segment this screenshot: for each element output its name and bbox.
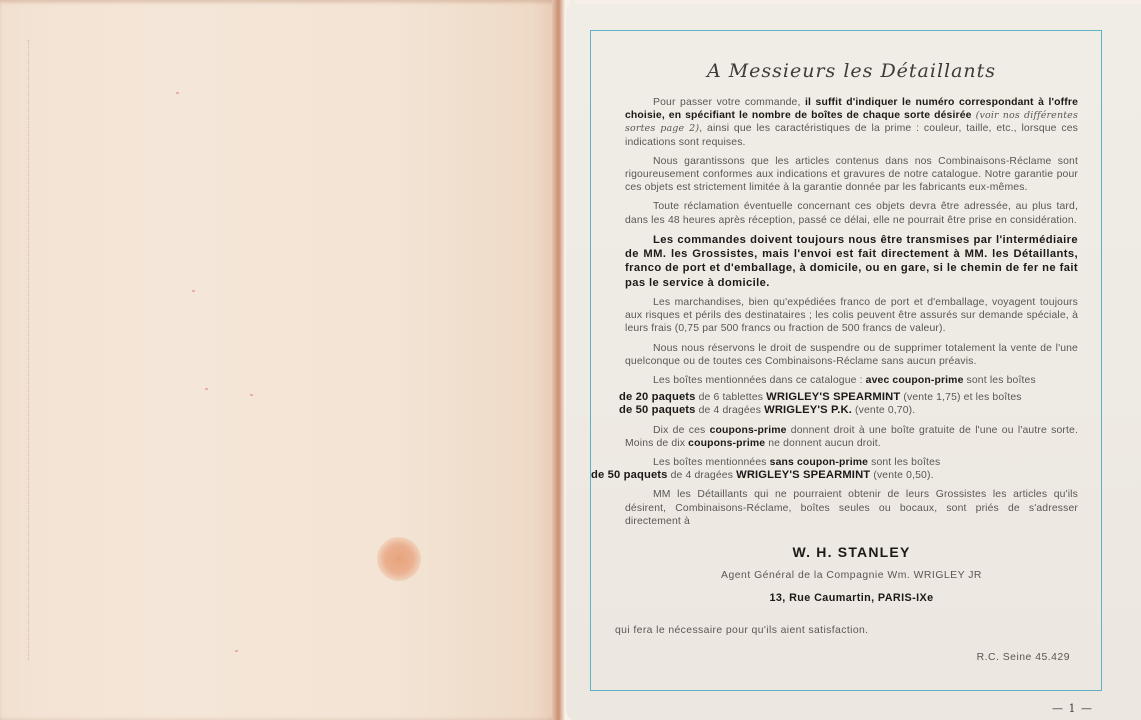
text: de 4 dragées xyxy=(668,470,737,481)
booklet-spread: A Messieurs les Détaillants Pour passer … xyxy=(0,0,1141,720)
text: Les boîtes mentionnées xyxy=(653,457,770,468)
left-page-back-cover xyxy=(0,0,560,720)
bold-text: coupons-prime xyxy=(688,438,765,449)
text: sont les boîtes xyxy=(964,375,1036,386)
page-title: A Messieurs les Détaillants xyxy=(625,60,1078,82)
contact-address: 13, Rue Caumartin, PARIS-IXe xyxy=(625,592,1078,605)
product-name: WRIGLEY'S SPEARMINT xyxy=(766,391,900,403)
product-name: WRIGLEY'S SPEARMINT xyxy=(736,469,870,481)
paragraph-ordering: Pour passer votre commande, il suffit d'… xyxy=(625,96,1078,149)
paragraph-shipping-risk: Les marchandises, bien qu'expédiées fran… xyxy=(625,296,1078,336)
ink-speck xyxy=(235,650,238,652)
text: (vente 1,75) et les boîtes xyxy=(900,392,1021,403)
paragraph-orders-wholesalers: Les commandes doivent toujours nous être… xyxy=(625,233,1078,290)
paragraph-coupon-boxes: Les boîtes mentionnées dans ce catalogue… xyxy=(625,374,1078,387)
paragraph-reservation: Nous nous réservons le droit de suspendr… xyxy=(625,342,1078,368)
paragraph-no-coupon-boxes: Les boîtes mentionnées sans coupon-prime… xyxy=(625,456,1078,482)
paragraph-guarantee: Nous garantissons que les articles conte… xyxy=(625,155,1078,195)
contact-name: W. H. STANLEY xyxy=(625,546,1078,559)
text: de 6 tablettes xyxy=(696,392,767,403)
bold-text: avec coupon-prime xyxy=(866,375,964,386)
product-name: WRIGLEY'S P.K. xyxy=(764,404,852,416)
text: sont les boîtes xyxy=(868,457,940,468)
text: Pour passer votre commande, xyxy=(653,97,805,108)
page-crease xyxy=(28,40,33,660)
paragraph-box-types: de 20 paquets de 6 tablettes WRIGLEY'S S… xyxy=(619,391,1078,417)
text: Dix de ces xyxy=(653,425,710,436)
ink-speck xyxy=(176,92,179,94)
text: de 4 dragées xyxy=(696,405,765,416)
text: Les boîtes mentionnées dans ce catalogue… xyxy=(653,375,866,386)
ink-speck xyxy=(192,290,195,292)
text: (vente 0,50). xyxy=(870,470,933,481)
paragraph-claims: Toute réclamation éventuelle concernant … xyxy=(625,200,1078,226)
text: (vente 0,70). xyxy=(852,405,915,416)
page-content: A Messieurs les Détaillants Pour passer … xyxy=(625,60,1078,664)
ink-speck xyxy=(250,394,253,396)
registration-number: R.C. Seine 45.429 xyxy=(625,651,1070,664)
bold-text: de 50 paquets xyxy=(619,404,696,416)
stain-mark xyxy=(377,537,421,581)
bold-text: coupons-prime xyxy=(710,425,787,436)
paragraph-direct-contact: MM les Détaillants qui ne pourraient obt… xyxy=(625,488,1078,528)
closing-line: qui fera le nécessaire pour qu'ils aient… xyxy=(615,624,1078,637)
ink-speck xyxy=(205,388,208,390)
contact-role: Agent Général de la Compagnie Wm. WRIGLE… xyxy=(625,569,1078,582)
bold-text: sans coupon-prime xyxy=(770,457,868,468)
paragraph-coupon-rules: Dix de ces coupons-prime donnent droit à… xyxy=(625,424,1078,450)
bold-text: de 20 paquets xyxy=(619,391,696,403)
text: ne donnent aucun droit. xyxy=(765,438,881,449)
bold-text: de 50 paquets xyxy=(591,469,668,481)
page-number: — 1 — xyxy=(1052,702,1093,715)
